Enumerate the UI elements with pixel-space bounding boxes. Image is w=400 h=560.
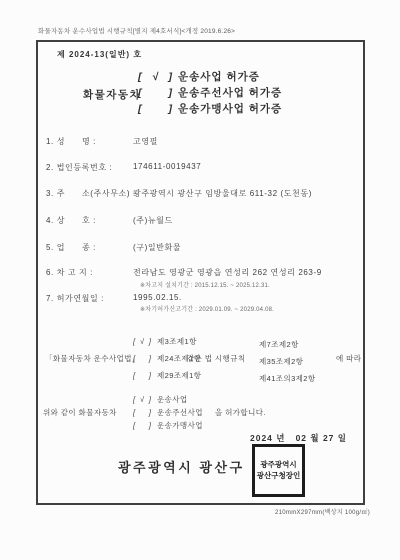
- checkbox-article-29: []: [133, 371, 151, 380]
- title-option-label: 운송사업 허가증: [178, 69, 260, 84]
- close-bracket: ]: [149, 421, 151, 430]
- field-label: 2. 법인등록번호 :: [46, 162, 112, 173]
- rule-article: 제7조제2항: [259, 339, 299, 350]
- field-value: (구)일반화물: [133, 242, 181, 253]
- field-value: 고영필: [133, 136, 158, 147]
- field-label: 7. 허가연월일 :: [46, 293, 104, 304]
- title-option-franchise: [] 운송가맹사업 허가증: [138, 101, 282, 116]
- close-bracket: ]: [149, 354, 151, 363]
- issuer-name: 광주광역시 광산구: [118, 457, 245, 476]
- field-garage-location: 6. 차 고 지 : 전라남도 영광군 영광읍 연성리 262 연성리 263-…: [46, 267, 362, 279]
- law-suffix-text: 에 따라: [336, 353, 361, 364]
- field-value: 174611-0019437: [133, 162, 201, 171]
- grant-option-label: 운송가맹사업: [157, 420, 203, 431]
- field-company-name: 4. 상 호 : (주)뉴월드: [46, 215, 362, 227]
- field-value: 1995.02.15.: [133, 293, 182, 302]
- next-permit-report-note: ※차기허가신고기간 : 2029.01.09. ~ 2029.04.08.: [140, 304, 274, 313]
- close-bracket: ]: [149, 408, 151, 417]
- close-bracket: ]: [149, 395, 151, 404]
- field-label: 6. 차 고 지 :: [46, 267, 93, 278]
- checkbox-article-3: [√]: [133, 337, 151, 346]
- document-number: 제 2024-13(일반) 호: [57, 49, 142, 60]
- field-label: 5. 업 종 :: [46, 242, 96, 253]
- official-seal-stamp: 광주광역시 광산구청장인: [252, 444, 305, 497]
- close-bracket: ]: [149, 371, 151, 380]
- field-corporate-reg-no: 2. 법인등록번호 : 174611-0019437: [46, 162, 362, 174]
- rule-article: 제41조의3제2항: [259, 373, 316, 384]
- law-article-row: [√] 제3조제1항: [133, 336, 197, 347]
- law-article-row: [] 제29조제1항: [133, 370, 201, 381]
- check-mark: √: [140, 337, 144, 346]
- checkbox-grant-transport: [√]: [133, 395, 151, 404]
- close-bracket: ]: [169, 103, 173, 115]
- field-value: 광주광역시 광산구 임방울대로 611-32 (도천동): [133, 188, 312, 199]
- title-option-brokerage: [] 운송주선사업 허가증: [138, 85, 282, 100]
- open-bracket: [: [133, 421, 135, 430]
- form-reference: 화물자동차 운수사업법 시행규칙[별지 제4호서식]<개정 2019.6.26>: [38, 26, 235, 35]
- grant-suffix-text: 을 허가합니다.: [215, 407, 266, 418]
- certificate-page: 화물자동차 운수사업법 시행규칙[별지 제4호서식]<개정 2019.6.26>…: [0, 0, 400, 560]
- field-value: 전라남도 영광군 영광읍 연성리 262 연성리 263-9: [133, 267, 322, 278]
- open-bracket: [: [133, 371, 135, 380]
- title-option-label: 운송가맹사업 허가증: [178, 101, 282, 116]
- paper-spec-footer: 210mmX297mm(백상지 100g/㎡): [275, 507, 370, 516]
- title-option-transport: [√] 운송사업 허가증: [138, 69, 260, 84]
- article-label: 제3조제1항: [157, 336, 197, 347]
- field-business-type: 5. 업 종 : (구)일반화물: [46, 242, 362, 254]
- close-bracket: ]: [168, 71, 172, 83]
- field-label: 4. 상 호 :: [46, 215, 96, 226]
- close-bracket: ]: [169, 87, 173, 99]
- garage-period-note: ※차고지 설치기간 : 2015.12.15. ~ 2025.12.31.: [140, 280, 270, 289]
- open-bracket: [: [138, 87, 142, 99]
- stamp-text-line: 광주광역시: [260, 460, 296, 471]
- grant-option-row: [] 운송주선사업: [133, 407, 203, 418]
- enforcement-rule-text: 같은 법 시행규칙: [187, 353, 245, 364]
- checkbox-article-24: []: [133, 354, 151, 363]
- field-name: 1. 성 명 : 고영필: [46, 136, 362, 148]
- field-label: 1. 성 명 :: [46, 136, 96, 147]
- grant-option-label: 운송사업: [157, 394, 188, 405]
- open-bracket: [: [133, 337, 135, 346]
- field-address: 3. 주 소(주사무소) : 광주광역시 광산구 임방울대로 611-32 (도…: [46, 188, 362, 200]
- open-bracket: [: [133, 395, 135, 404]
- open-bracket: [: [138, 103, 142, 115]
- close-bracket: ]: [149, 337, 151, 346]
- stamp-text-line: 광산구청장인: [257, 471, 300, 482]
- issue-date: 2024 년 02 월 27 일: [250, 432, 347, 444]
- checkbox-grant-brokerage: []: [133, 408, 151, 417]
- title-prefix: 화물자동차: [83, 87, 141, 102]
- check-mark: √: [152, 71, 158, 83]
- law-name: 「화물자동차 운수사업법」: [45, 353, 140, 364]
- title-option-label: 운송주선사업 허가증: [178, 85, 282, 100]
- open-bracket: [: [133, 354, 135, 363]
- open-bracket: [: [138, 71, 142, 83]
- article-label: 제29조제1항: [157, 370, 201, 381]
- field-label: 3. 주 소(주사무소) :: [46, 188, 136, 199]
- field-value: (주)뉴월드: [133, 215, 173, 226]
- checkbox-franchise: []: [138, 103, 172, 115]
- grant-option-label: 운송주선사업: [157, 407, 203, 418]
- checkbox-brokerage: []: [138, 87, 172, 99]
- grant-option-row: [] 운송가맹사업: [133, 420, 203, 431]
- rule-article: 제35조제2항: [259, 356, 303, 367]
- checkbox-transport: [√]: [138, 71, 172, 83]
- checkbox-grant-franchise: []: [133, 421, 151, 430]
- check-mark: √: [140, 395, 144, 404]
- grant-prefix-text: 위와 같이 화물자동차: [43, 407, 117, 418]
- grant-option-row: [√] 운송사업: [133, 394, 188, 405]
- open-bracket: [: [133, 408, 135, 417]
